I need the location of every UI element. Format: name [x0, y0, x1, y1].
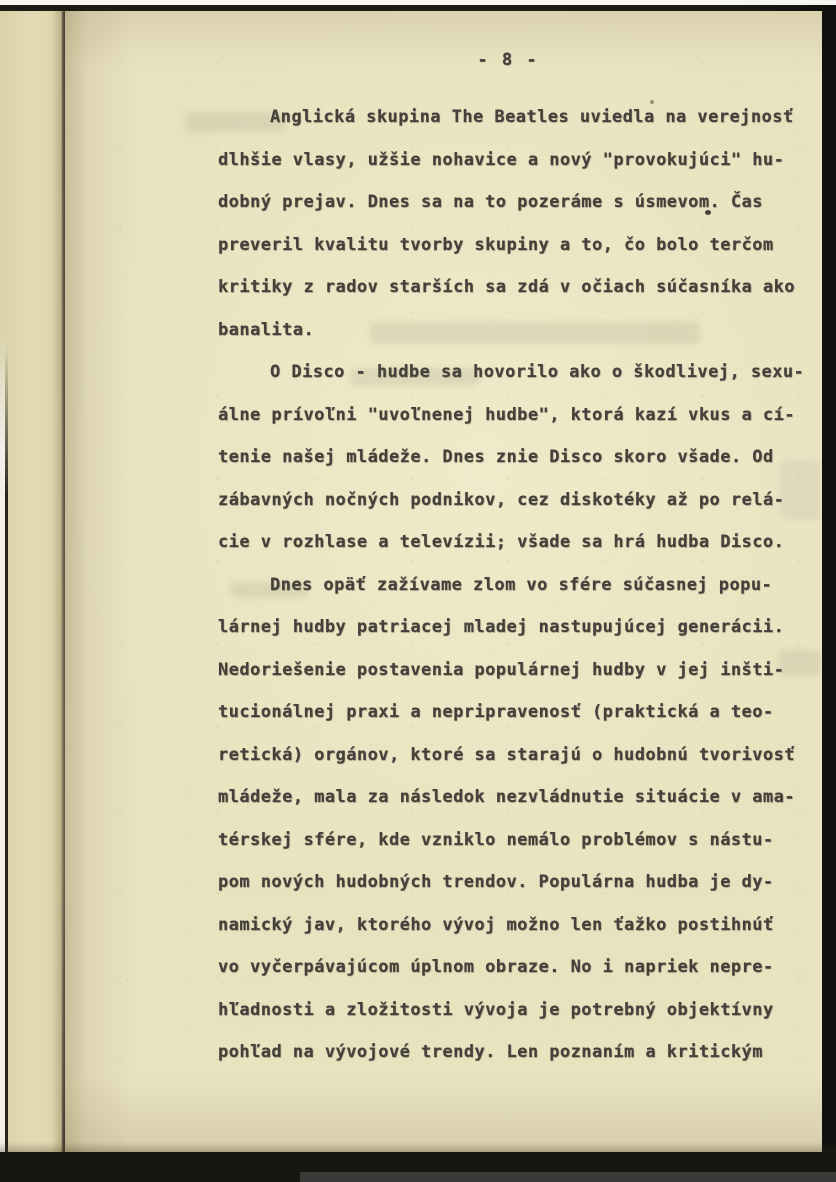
text-line: Nedoriešenie postavenia populárnej hudby… [218, 649, 814, 692]
text-line: retická) orgánov, ktoré sa starajú o hud… [218, 734, 814, 777]
text-line: hľadnosti a zložitosti vývoja je potrebn… [218, 989, 814, 1032]
text-line: pom nových hudobných trendov. Populárna … [218, 861, 814, 904]
text-line: kritiky z radov starších sa zdá v očiach… [218, 266, 814, 309]
scan-left-dark-edge [5, 350, 8, 1162]
text-line: vo vyčerpávajúcom úplnom obraze. No i na… [218, 946, 814, 989]
text-line: dobný prejav. Dnes sa na to pozeráme s ú… [218, 181, 814, 224]
text-line: dlhšie vlasy, užšie nohavice a nový "pro… [218, 139, 814, 182]
text-line: pohľad na vývojové trendy. Len poznaním … [218, 1031, 814, 1074]
text-line: preveril kvalitu tvorby skupiny a to, čo… [218, 224, 814, 267]
text-line: lárnej hudby patriacej mladej nastupujúc… [218, 606, 814, 649]
text-line: térskej sfére, kde vzniklo nemálo problé… [218, 819, 814, 862]
typewritten-text: Anglická skupina The Beatles uviedla na … [218, 96, 814, 1074]
text-line: namický jav, ktorého vývoj možno len ťaž… [218, 904, 814, 947]
text-line: Dnes opäť zažívame zlom vo sfére súčasne… [218, 564, 814, 607]
text-line: mládeže, mala za následok nezvládnutie s… [218, 776, 814, 819]
text-line: álne prívoľni "uvoľnenej hudbe", ktorá k… [218, 394, 814, 437]
page-number: - 8 - [218, 50, 798, 70]
text-line: O Disco - hudbe sa hovorilo ako o škodli… [218, 351, 814, 394]
text-line: Anglická skupina The Beatles uviedla na … [218, 96, 814, 139]
text-line: zábavných nočných podnikov, cez diskoték… [218, 479, 814, 522]
scanned-book-page: - 8 - Anglická skupina The Beatles uvied… [0, 0, 836, 1182]
text-line: cie v rozhlase a televízii; všade sa hrá… [218, 521, 814, 564]
text-line: banalita. [218, 309, 814, 352]
previous-page-edge [0, 11, 64, 1157]
text-line: tucionálnej praxi a nepripravenosť (prak… [218, 691, 814, 734]
scan-bottom-gray-edge [300, 1172, 836, 1182]
text-line: tenie našej mládeže. Dnes znie Disco sko… [218, 436, 814, 479]
